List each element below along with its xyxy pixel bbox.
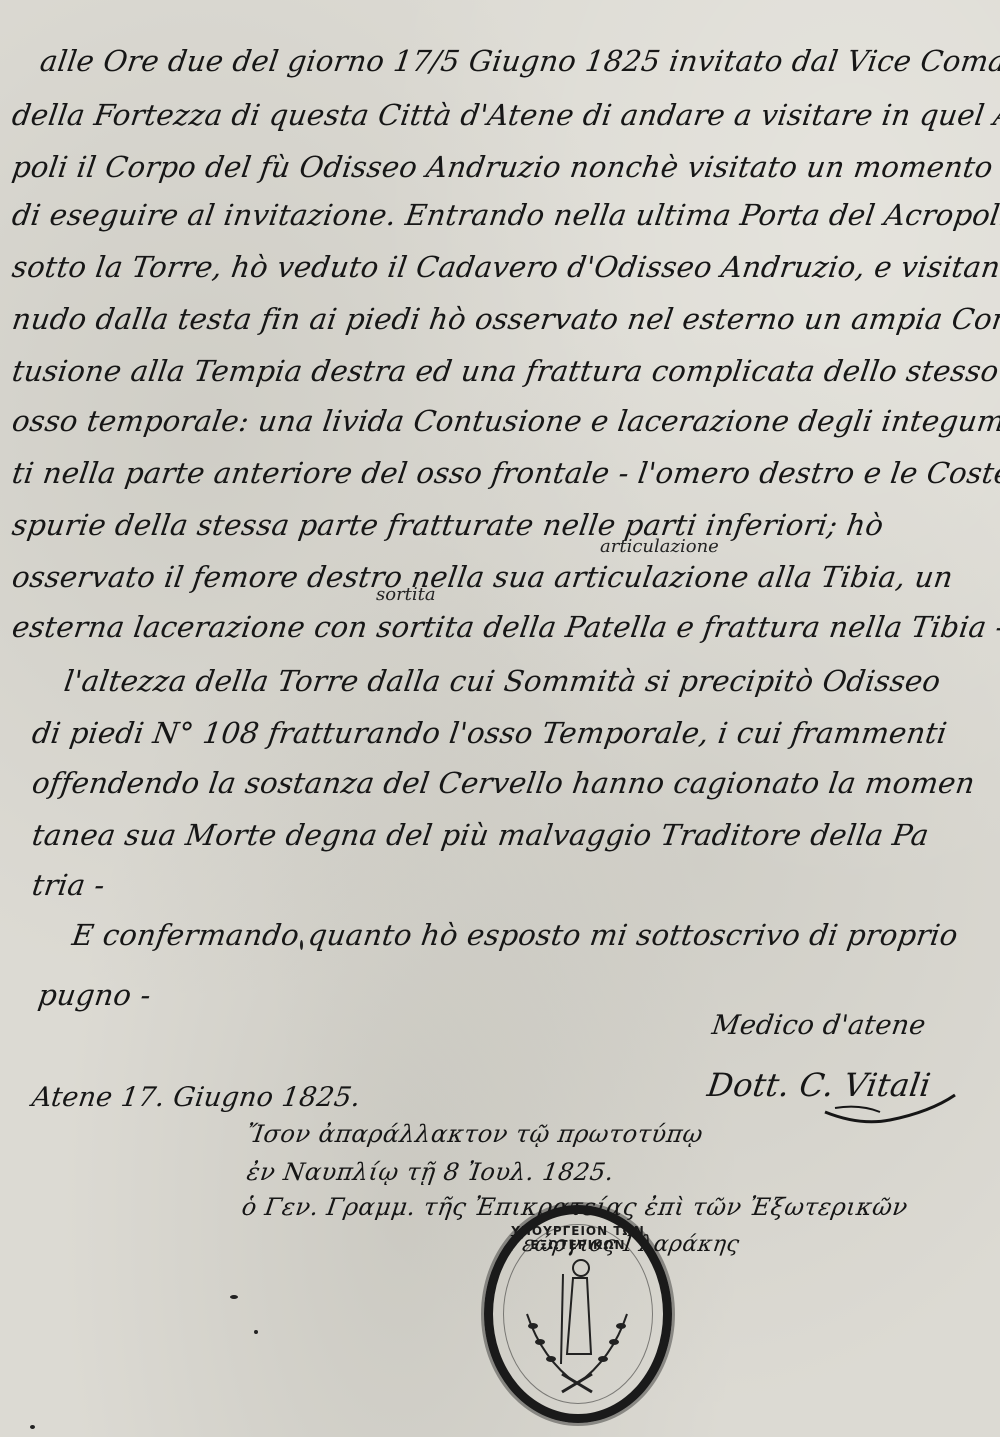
body-line-8: osso temporale: una livida Contusione e … (10, 404, 1000, 438)
body-line-11: osservato il femore destro nella sua art… (10, 560, 955, 594)
body-line-14: di piedi N° 108 fratturando l'osso Tempo… (30, 716, 949, 750)
body-line-3: poli il Corpo del fù Odisseo Andruzio no… (10, 150, 995, 184)
body-line-13: l'altezza della Torre dalla cui Sommità … (62, 664, 943, 698)
place-date: Atene 17. Giugno 1825. (30, 1082, 362, 1113)
body-line-5: sotto la Torre, hò veduto il Cadavero d'… (10, 250, 1000, 284)
ink-speck (30, 1425, 35, 1429)
body-line-15: offendendo la sostanza del Cervello hann… (30, 766, 977, 800)
body-line-18: E confermando quanto hò esposto mi sotto… (70, 918, 960, 952)
body-line-1: alle Ore due del giorno 17/5 Giugno 1825… (38, 44, 1000, 78)
ink-speck (300, 940, 303, 950)
insertion-sortita: sortita (376, 584, 436, 605)
insertion-articulazione: articulazione (600, 536, 719, 557)
ink-speck (254, 1330, 258, 1334)
signature-title: Medico d'atene (710, 1010, 928, 1041)
body-line-6: nudo dalla testa fin ai piedi hò osserva… (10, 302, 1000, 336)
body-line-17: tria - (30, 868, 107, 902)
body-line-19: pugno - (36, 978, 153, 1012)
body-line-10: spurie della stessa parte fratturate nel… (10, 508, 886, 542)
signature-flourish-icon (820, 1090, 960, 1130)
body-line-12: esterna lacerazione con sortita della Pa… (10, 610, 1000, 644)
ink-speck (230, 1295, 238, 1299)
body-line-4: di eseguire al invitazione. Entrando nel… (10, 198, 1000, 232)
greek-note-line-2: ἐν Ναυπλίῳ τῇ 8 Ἰουλ. 1825. (245, 1158, 616, 1186)
body-line-9: ti nella parte anteriore del osso fronta… (10, 456, 1000, 490)
greek-note-line-1: Ἴσον ἀπαράλλακτον τῷ πρωτοτύπῳ (245, 1120, 705, 1148)
laurel-branches-icon (507, 1304, 647, 1394)
official-seal: ΥΠΟΥΡΓΕΙΟΝ ΤΩΝ ΕΞΩΤΕΡΙΚΩΝ (484, 1205, 672, 1423)
manuscript-page: alle Ore due del giorno 17/5 Giugno 1825… (0, 0, 1000, 1437)
body-line-7: tusione alla Tempia destra ed una frattu… (10, 354, 1000, 388)
body-line-16: tanea sua Morte degna del più malvaggio … (30, 818, 931, 852)
body-line-2: della Fortezza di questa Città d'Atene d… (10, 98, 1000, 132)
seal-inscription: ΥΠΟΥΡΓΕΙΟΝ ΤΩΝ ΕΞΩΤΕΡΙΚΩΝ (493, 1224, 663, 1252)
